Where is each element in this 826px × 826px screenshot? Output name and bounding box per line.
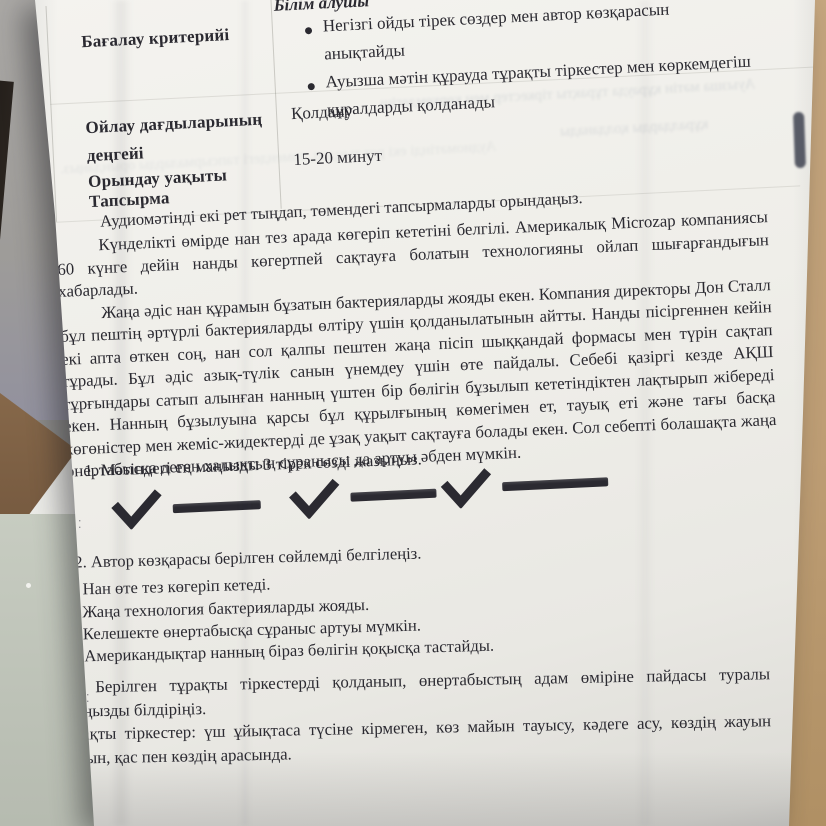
task-3: 3. Берілген тұрақты тіркестерді қолданып… <box>54 662 772 770</box>
answer-line <box>173 500 261 513</box>
time-value: 15-20 минут <box>293 146 383 170</box>
checkmark-icon <box>288 478 341 520</box>
answer-line <box>350 489 436 502</box>
checkmark-icon <box>440 467 493 509</box>
thinking-skills-value: Қолдану <box>291 101 354 124</box>
bullet-icon <box>305 27 312 34</box>
bullet-icon <box>308 83 315 90</box>
checkmark-icon <box>110 488 163 530</box>
task-2: 2. Автор көзқарасы берілген сөйлемді бел… <box>60 535 703 668</box>
margin-mark: ⁚ <box>86 692 91 705</box>
criteria-bullet-1-line-1: Негізгі ойды тірек сөздер мен автор көзқ… <box>322 0 669 36</box>
answer-line <box>502 477 608 491</box>
criteria-label: Бағалау критерийі <box>81 25 230 52</box>
margin-mark: ⁚ <box>72 420 77 433</box>
thinking-skills-label-line-2: деңгейі <box>86 143 144 166</box>
photo-of-worksheet: Ауызша мәтін құрауда тұрақты тіркестер м… <box>0 0 826 826</box>
table-column-divider <box>270 0 281 209</box>
criteria-bullet-1-line-2: анықтайды <box>324 41 406 65</box>
margin-mark: ⁚ <box>78 518 83 531</box>
learner-label: Білім алушы <box>273 0 369 16</box>
listening-passage: Күнделікті өмірде нан тез арада көгеріп … <box>56 206 778 483</box>
thinking-skills-label-line-1: Ойлау дағдыларының <box>85 110 263 139</box>
table-border-left <box>46 6 58 222</box>
paper-shadow: Ауызша мәтін құрауда тұрақты тіркестер м… <box>0 0 826 826</box>
paper-sheet: Ауызша мәтін құрауда тұрақты тіркестер м… <box>0 0 826 826</box>
edge-smudge <box>793 112 806 168</box>
